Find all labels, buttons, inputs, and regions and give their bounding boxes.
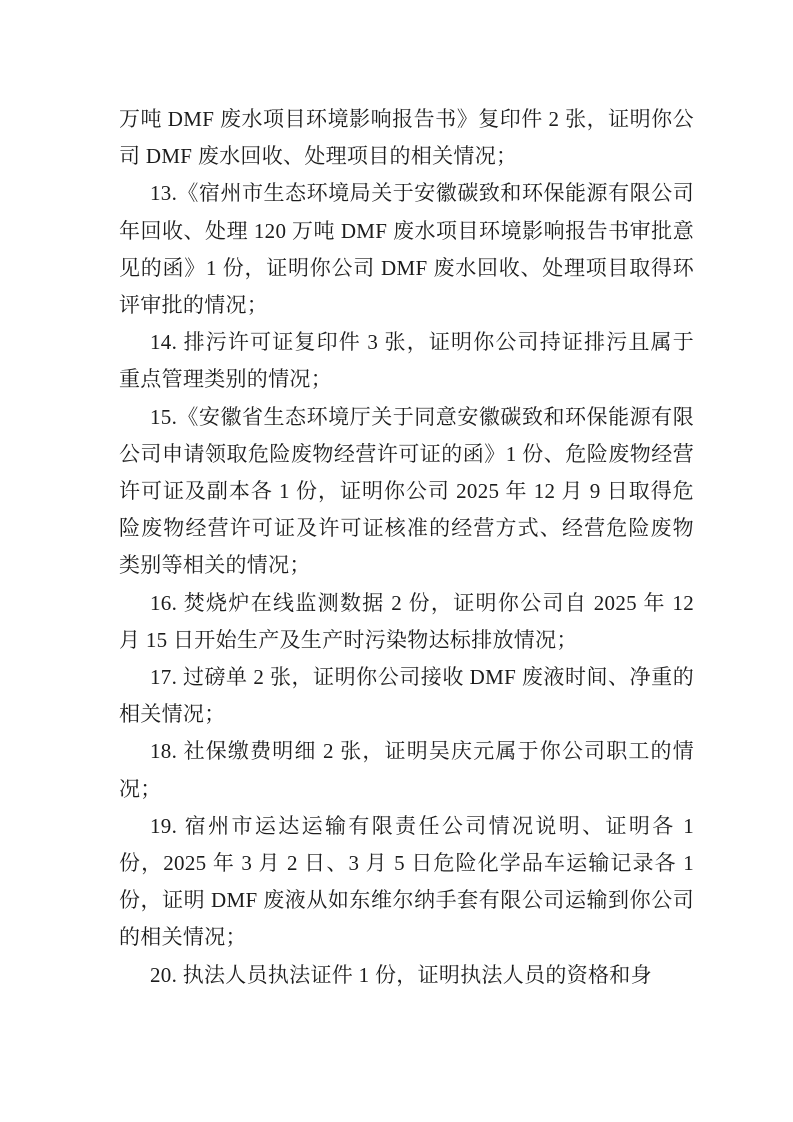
paragraph-item-18: 18. 社保缴费明细 2 张，证明吴庆元属于你公司职工的情况；	[119, 733, 694, 807]
paragraph-item-17: 17. 过磅单 2 张，证明你公司接收 DMF 废液时间、净重的相关情况；	[119, 659, 694, 733]
paragraph-item-19: 19. 宿州市运达运输有限责任公司情况说明、证明各 1 份，2025 年 3 月…	[119, 808, 694, 957]
paragraph-item-12-continuation: 万吨 DMF 废水项目环境影响报告书》复印件 2 张，证明你公司 DMF 废水回…	[119, 101, 694, 175]
paragraph-item-15: 15.《安徽省生态环境厅关于同意安徽碳致和环保能源有限公司申请领取危险废物经营许…	[119, 399, 694, 585]
paragraph-item-13: 13.《宿州市生态环境局关于安徽碳致和环保能源有限公司年回收、处理 120 万吨…	[119, 175, 694, 324]
paragraph-item-20: 20. 执法人员执法证件 1 份，证明执法人员的资格和身	[119, 957, 694, 994]
paragraph-item-14: 14. 排污许可证复印件 3 张，证明你公司持证排污且属于重点管理类别的情况；	[119, 324, 694, 398]
document-text-block: 万吨 DMF 废水项目环境影响报告书》复印件 2 张，证明你公司 DMF 废水回…	[119, 101, 694, 994]
document-page: 万吨 DMF 废水项目环境影响报告书》复印件 2 张，证明你公司 DMF 废水回…	[0, 0, 793, 1122]
paragraph-item-16: 16. 焚烧炉在线监测数据 2 份，证明你公司自 2025 年 12 月 15 …	[119, 585, 694, 659]
